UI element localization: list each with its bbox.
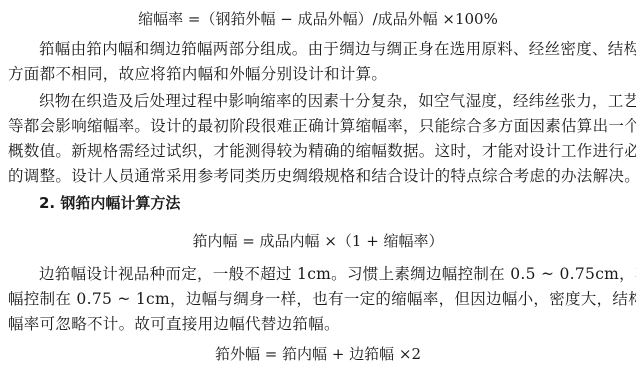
text-line: 幅控制在 0.75 ~ 1cm，边幅与绸身一样，也有一定的缩幅率，但因边幅小，密…: [8, 287, 630, 312]
text-line: 织物在织造及后处理过程中影响缩率的因素十分复杂，如空气湿度，经纬丝张力，工艺流程: [8, 89, 630, 114]
text-line: 边筘幅设计视品种而定，一般不超过 1cm。习惯上素绸边幅控制在 0.5 ~ 0.…: [8, 262, 630, 287]
text-line: 幅率可忽略不计。故可直接用边幅代替边筘幅。: [8, 312, 630, 337]
text-line: 筘幅由筘内幅和绸边筘幅两部分组成。由于绸边与绸正身在选用原料、经丝密度、结构等: [8, 37, 630, 62]
paragraph-selvage-reed-width: 边筘幅设计视品种而定，一般不超过 1cm。习惯上素绸边幅控制在 0.5 ~ 0.…: [8, 262, 630, 337]
text-line: 方面都不相同，故应将筘内幅和外幅分别设计和计算。: [8, 62, 630, 87]
text-line: 等都会影响缩幅率。设计的最初阶段很难正确计算缩幅率，只能综合多方面因素估算出一个…: [8, 114, 630, 139]
section-heading: 2. 钢筘内幅计算方法: [39, 192, 180, 213]
paragraph-shrinkage-factors: 织物在织造及后处理过程中影响缩率的因素十分复杂，如空气湿度，经纬丝张力，工艺流程…: [8, 89, 630, 189]
formula-shrinkage-rate: 缩幅率 =（钢筘外幅 − 成品外幅）/成品外幅 ×100%: [0, 8, 636, 29]
text-line: 概数值。新规格需经过试织，才能测得较为精确的缩幅数据。这时，才能对设计工作进行必…: [8, 139, 630, 164]
formula-reed-outer-width: 筘外幅 = 筘内幅 + 边筘幅 ×2: [0, 343, 636, 364]
text-line: 的调整。设计人员通常采用参考同类历史绸缎规格和结合设计的特点综合考虑的办法解决。: [8, 164, 630, 189]
formula-reed-inner-width: 筘内幅 = 成品内幅 ×（1 + 缩幅率）: [0, 230, 636, 251]
paragraph-reed-width-composition: 筘幅由筘内幅和绸边筘幅两部分组成。由于绸边与绸正身在选用原料、经丝密度、结构等 …: [8, 37, 630, 87]
